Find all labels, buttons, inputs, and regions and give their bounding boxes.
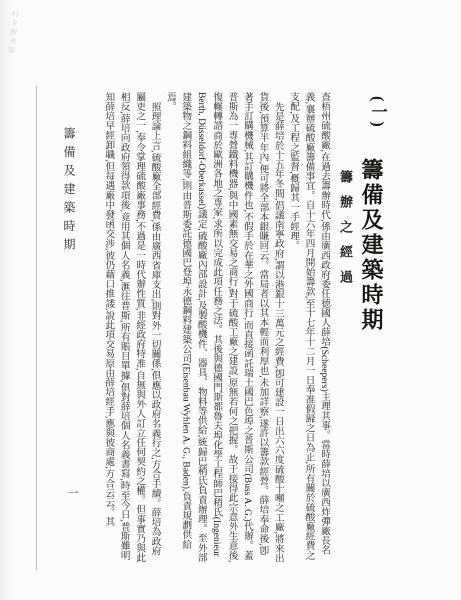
section-title: 籌辦之經過 [336,170,355,310]
book-page: 村支图书馆 (一) 籌備及建築時期 籌辦之經過 查梧州硫酸廠,在過去籌辦時代,係… [0,0,461,600]
running-title: 籌備及建築時期 [61,127,78,272]
chapter-number: (一) [366,96,389,166]
page-number: 一 [64,487,80,507]
page-gutter-line [36,86,37,570]
chapter-title: 籌備及建築時期 [356,158,387,343]
paragraph-1: 查梧州硫酸廠,在過去籌辦時代,係由廣西政府委任德國人薛培(Scheepers)主… [286,92,332,564]
paragraph-2: 先是薛培於十五年冬間,倡議南寧政府,謂以港銀十三萬元之經費,卽可建設一日出六六度… [163,92,286,564]
body-text: 查梧州硫酸廠,在過去籌辦時代,係由廣西政府委任德國人薛培(Scheepers)主… [70,92,332,564]
paragraph-3: 照理論上言,硫酸廠全部經費,係由廣西省庫支出,則對外一切關係,俱應以政府名義行之… [101,92,163,564]
